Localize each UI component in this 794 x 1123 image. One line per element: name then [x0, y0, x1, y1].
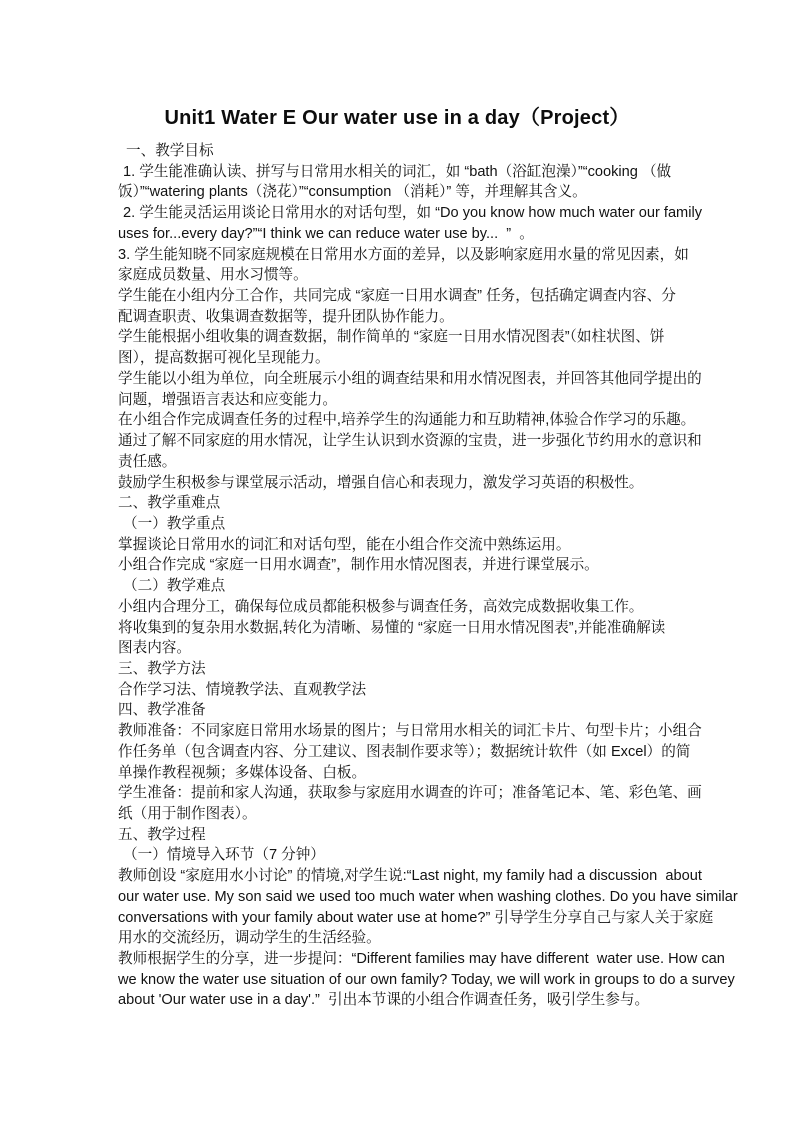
text-line: 通过了解不同家庭的用水情况，让学生认识到水资源的宝贵，进一步强化节约用水的意识和 — [118, 431, 718, 452]
section-heading: 一、教学目标 — [118, 141, 718, 162]
text-line: 合作学习法、情境教学法、直观教学法 — [118, 680, 718, 701]
text-line: 2. 学生能灵活运用谈论日常用水的对话句型，如 “Do you know how… — [118, 203, 718, 224]
text-line: 1. 学生能准确认读、拼写与日常用水相关的词汇，如 “bath（浴缸泡澡）”“c… — [118, 162, 718, 183]
text-line: conversations with your family about wat… — [118, 908, 718, 929]
text-line: about 'Our water use in a day'.” 引出本节课的小… — [118, 990, 718, 1011]
text-line: 教师创设 “家庭用水小讨论” 的情境,对学生说:“Last night, my … — [118, 866, 718, 887]
text-line: 将收集到的复杂用水数据,转化为清晰、易懂的 “家庭一日用水情况图表”,并能准确解… — [118, 618, 718, 639]
text-line: 小组合作完成 “家庭一日用水调查”，制作用水情况图表，并进行课堂展示。 — [118, 555, 718, 576]
text-line: 图表内容。 — [118, 638, 718, 659]
text-line: 鼓励学生积极参与课堂展示活动，增强自信心和表现力，激发学习英语的积极性。 — [118, 473, 718, 494]
section-heading: 二、教学重难点 — [118, 493, 718, 514]
section-heading: 三、教学方法 — [118, 659, 718, 680]
document-body: 一、教学目标1. 学生能准确认读、拼写与日常用水相关的词汇，如 “bath（浴缸… — [118, 141, 718, 1011]
text-line: uses for...every day?”“I think we can re… — [118, 224, 718, 245]
text-line: our water use. My son said we used too m… — [118, 887, 718, 908]
text-line: 教师根据学生的分享，进一步提问：“Different families may … — [118, 949, 718, 970]
text-line: 纸（用于制作图表）。 — [118, 804, 718, 825]
text-line: 小组内合理分工，确保每位成员都能积极参与调查任务，高效完成数据收集工作。 — [118, 597, 718, 618]
text-line: 作任务单（包含调查内容、分工建议、图表制作要求等）；数据统计软件（如 Excel… — [118, 742, 718, 763]
text-line: we know the water use situation of our o… — [118, 970, 718, 991]
sub-heading: （一）情境导入环节（7 分钟） — [118, 845, 718, 866]
text-line: 学生能以小组为单位，向全班展示小组的调查结果和用水情况图表，并回答其他同学提出的 — [118, 369, 718, 390]
text-line: 配调查职责、收集调查数据等，提升团队协作能力。 — [118, 307, 718, 328]
sub-heading: （二）教学难点 — [118, 576, 718, 597]
text-line: 家庭成员数量、用水习惯等。 — [118, 265, 718, 286]
text-line: 单操作教程视频；多媒体设备、白板。 — [118, 763, 718, 784]
section-heading: 五、教学过程 — [118, 825, 718, 846]
section-heading: 四、教学准备 — [118, 700, 718, 721]
document-title: Unit1 Water E Our water use in a day（Pro… — [0, 101, 794, 130]
text-line: 学生准备：提前和家人沟通，获取参与家庭用水调查的许可；准备笔记本、笔、彩色笔、画 — [118, 783, 718, 804]
text-line: 图），提高数据可视化呈现能力。 — [118, 348, 718, 369]
text-line: 责任感。 — [118, 452, 718, 473]
text-line: 3. 学生能知晓不同家庭规模在日常用水方面的差异，以及影响家庭用水量的常见因素，… — [118, 245, 718, 266]
document-page: Unit1 Water E Our water use in a day（Pro… — [0, 0, 794, 1123]
text-line: 用水的交流经历，调动学生的生活经验。 — [118, 928, 718, 949]
sub-heading: （一）教学重点 — [118, 514, 718, 535]
text-line: 饭）”“watering plants（浇花）”“consumption （消耗… — [118, 182, 718, 203]
text-line: 教师准备：不同家庭日常用水场景的图片；与日常用水相关的词汇卡片、句型卡片；小组合 — [118, 721, 718, 742]
text-line: 学生能在小组内分工合作，共同完成 “家庭一日用水调查” 任务，包括确定调查内容、… — [118, 286, 718, 307]
text-line: 问题，增强语言表达和应变能力。 — [118, 390, 718, 411]
text-line: 在小组合作完成调查任务的过程中,培养学生的沟通能力和互助精神,体验合作学习的乐趣… — [118, 410, 718, 431]
text-line: 掌握谈论日常用水的词汇和对话句型，能在小组合作交流中熟练运用。 — [118, 535, 718, 556]
text-line: 学生能根据小组收集的调查数据，制作简单的 “家庭一日用水情况图表”（如柱状图、饼 — [118, 327, 718, 348]
